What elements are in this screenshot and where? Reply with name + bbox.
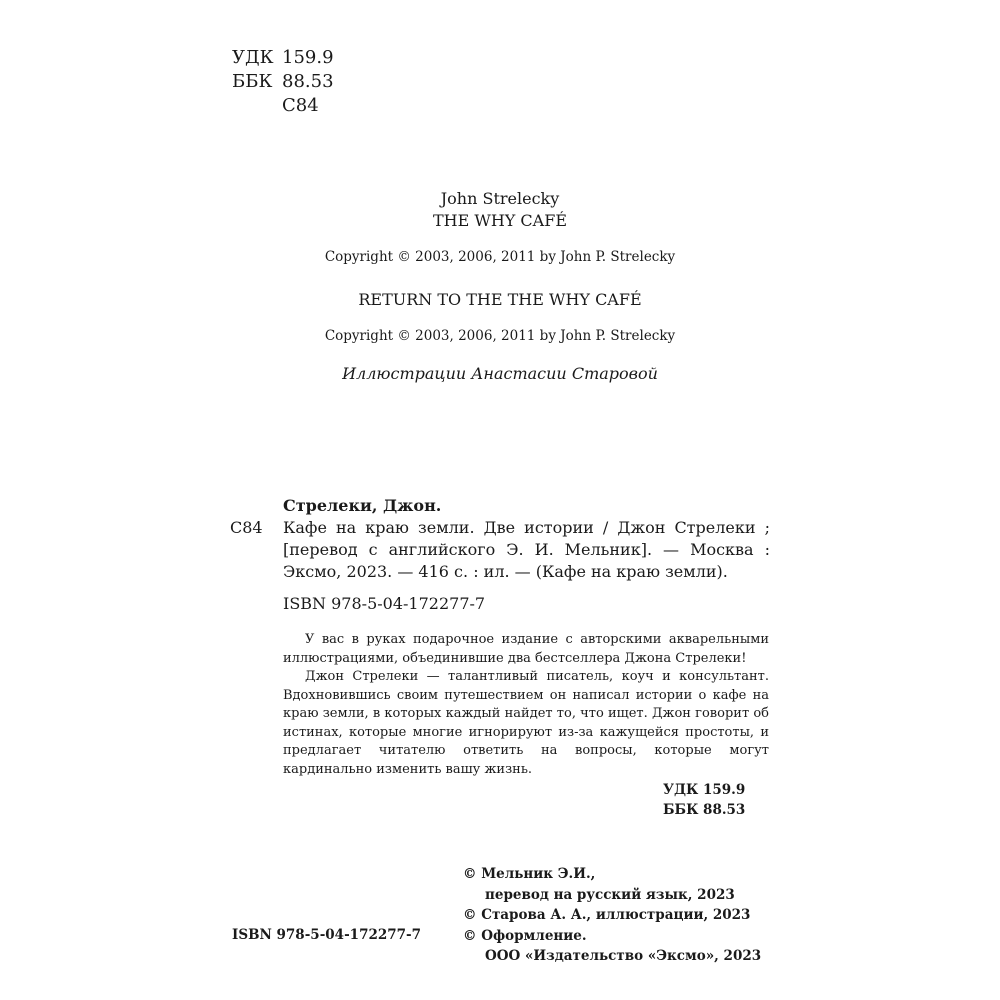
rights-line: © Мельник Э.И., xyxy=(463,864,761,885)
catalog-description: Кафе на краю земли. Две истории / Джон С… xyxy=(283,517,770,583)
catalog-code: С84 xyxy=(230,517,283,583)
author-mark-row: С84 xyxy=(232,94,334,118)
udk-bottom: УДК 159.9 xyxy=(663,780,745,800)
udk-label: УДК xyxy=(232,46,282,70)
catalog-isbn: ISBN 978-5-04-172277-7 xyxy=(283,593,770,615)
classification-codes-bottom: УДК 159.9 ББК 88.53 xyxy=(663,780,745,820)
rights-line: перевод на русский язык, 2023 xyxy=(485,885,761,906)
original-copyright-1: Copyright © 2003, 2006, 2011 by John P. … xyxy=(0,247,1000,267)
catalog-entry: С84 Кафе на краю земли. Две истории / Дж… xyxy=(230,517,770,583)
bbk-row: ББК 88.53 xyxy=(232,70,334,94)
original-copyright-2: Copyright © 2003, 2006, 2011 by John P. … xyxy=(0,326,1000,346)
bbk-bottom: ББК 88.53 xyxy=(663,800,745,820)
illustrations-prefix: Иллюстрации xyxy=(342,364,466,383)
classification-codes: УДК 159.9 ББК 88.53 С84 xyxy=(232,46,334,118)
annotation: У вас в руках подарочное издание с автор… xyxy=(283,631,769,779)
original-author: John Strelecky xyxy=(0,188,1000,210)
rights-block: © Мельник Э.И., перевод на русский язык,… xyxy=(463,864,761,967)
rights-line: © Оформление. xyxy=(463,926,761,947)
annotation-paragraph: Джон Стрелеки — талантливый писатель, ко… xyxy=(283,668,769,779)
bbk-label: ББК xyxy=(232,70,282,94)
illustrator-name: Анастасии Старовой xyxy=(471,364,658,383)
isbn-bottom: ISBN 978-5-04-172277-7 xyxy=(232,925,421,945)
original-title-2: RETURN TO THE THE WHY CAFÉ xyxy=(0,289,1000,311)
rights-line: © Старова А. А., иллюстрации, 2023 xyxy=(463,905,761,926)
annotation-paragraph: У вас в руках подарочное издание с автор… xyxy=(283,631,769,668)
catalog-record: Стрелеки, Джон. С84 Кафе на краю земли. … xyxy=(230,495,770,615)
author-mark: С84 xyxy=(282,94,319,118)
udk-row: УДК 159.9 xyxy=(232,46,334,70)
illustrations-credit: Иллюстрации Анастасии Старовой xyxy=(0,363,1000,385)
bbk-value: 88.53 xyxy=(282,70,334,94)
original-title-1: THE WHY CAFÉ xyxy=(0,210,1000,232)
catalog-author-heading: Стрелеки, Джон. xyxy=(283,495,770,517)
udk-value: 159.9 xyxy=(282,46,334,70)
rights-line: ООО «Издательство «Эксмо», 2023 xyxy=(485,946,761,967)
